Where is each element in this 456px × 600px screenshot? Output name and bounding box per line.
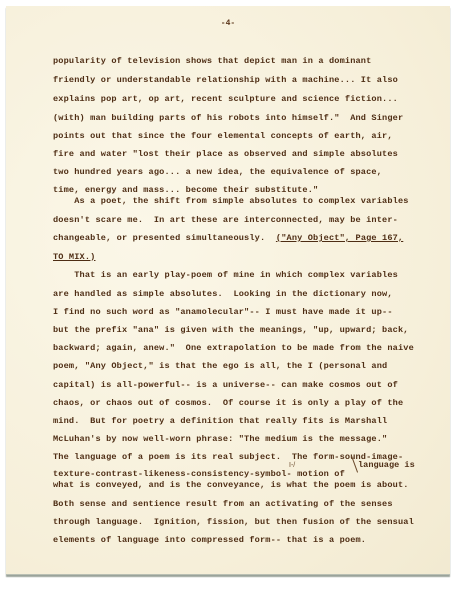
text-line: capital) is all-powerful-- is a universe… (53, 380, 398, 390)
text-line: As a poet, the shift from simple absolut… (53, 196, 409, 206)
text-line: but the prefix "ana" is given with the m… (53, 325, 409, 335)
text-line: fire and water "lost their place as obse… (53, 149, 398, 159)
text-line: I find no such word as "anamolecular"-- … (53, 307, 393, 317)
text-line: doesn't scare me. In art these are inter… (53, 215, 398, 225)
text-line: McLuhan's by now well-worn phrase: "The … (53, 434, 387, 444)
text-segment: changeable, or presented simultaneously. (53, 233, 276, 243)
typed-insertion: language is (358, 460, 415, 470)
text-line: That is an early play-poem of mine in wh… (53, 270, 398, 280)
handwritten-mark: I-/ (289, 462, 295, 469)
text-line: what is conveyed, and is the conveyance,… (53, 480, 409, 490)
text-line: points out that since the four elemental… (53, 131, 393, 141)
text-line: Both sense and sentience result from an … (53, 499, 393, 509)
text-line: explains pop art, op art, recent sculptu… (53, 94, 398, 104)
text-line: popularity of television shows that depi… (53, 56, 371, 66)
cross-reference: ("Any Object", Page 167, (276, 233, 403, 243)
page-number: -4- (0, 19, 456, 28)
text-line: changeable, or presented simultaneously.… (53, 233, 403, 243)
text-line: friendly or understandable relationship … (53, 75, 398, 85)
text-line: texture-contrast-likeness-consistency-sy… (53, 469, 345, 479)
text-line: are handled as simple absolutes. Looking… (53, 289, 393, 299)
text-line: mind. But for poetry a definition that r… (53, 416, 387, 426)
text-line: through language. Ignition, fission, but… (53, 517, 414, 527)
text-line: chaos, or chaos out of cosmos. Of course… (53, 398, 403, 408)
text-line: backward; again, anew." One extrapolatio… (53, 343, 414, 353)
text-line: poem, "Any Object," is that the ego is a… (53, 361, 387, 371)
text-line: (with) man building parts of his robots … (53, 113, 403, 123)
text-line: elements of language into compressed for… (53, 535, 366, 545)
cross-reference-continued: TO MIX.) (53, 252, 95, 262)
text-line: time, energy and mass... become their su… (53, 185, 318, 195)
text-line: two hundred years ago... a new idea, the… (53, 167, 382, 177)
